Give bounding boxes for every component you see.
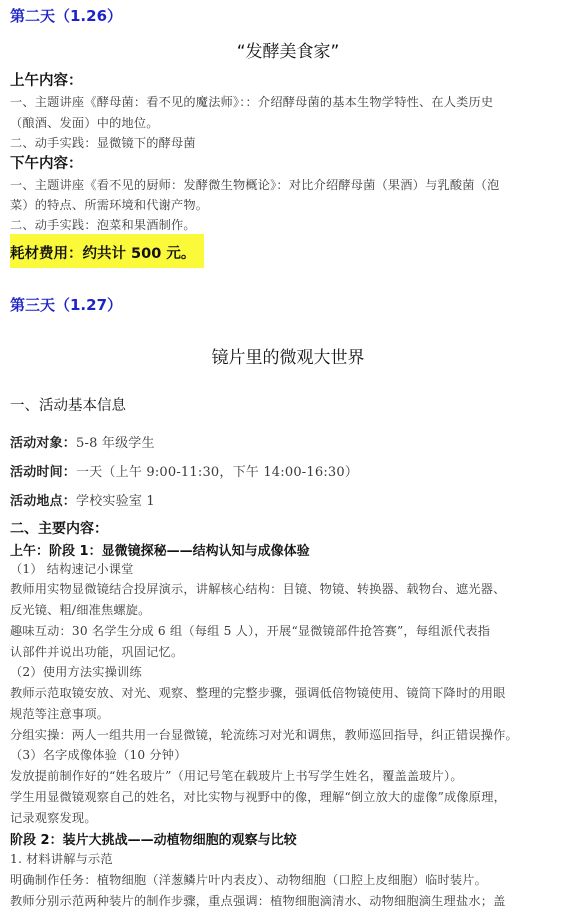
info-value: 一天（上午 9:00-11:30，下午 14:00-16:30） bbox=[76, 465, 358, 480]
info-label: 活动对象： bbox=[10, 436, 76, 451]
stage2-line: 教师分别示范两种装片的制作步骤，重点强调：植物细胞滴清水、动物细胞滴生理盐水；盖 bbox=[10, 892, 506, 909]
stage1-line: 记录观察发现。 bbox=[10, 809, 97, 826]
stage1-line: 规范等注意事项。 bbox=[10, 705, 109, 722]
info-label: 活动地点： bbox=[10, 494, 76, 509]
day3-section-basic-info: 一、活动基本信息 bbox=[10, 394, 126, 415]
day2-morning-label: 上午内容： bbox=[10, 69, 83, 90]
day3-section-main-content: 二、主要内容： bbox=[10, 518, 108, 538]
stage1-line: （3）名字成像体验（10 分钟） bbox=[10, 746, 187, 763]
day2-morning-item: （酿酒、发面）中的地位。 bbox=[10, 114, 159, 131]
stage1-line: 分组实操：两人一组共用一台显微镜，轮流练习对光和调焦，教师巡回指导，纠正错误操作… bbox=[10, 726, 518, 743]
info-row-location: 活动地点：学校实验室 1 bbox=[10, 490, 155, 509]
day3-heading: 第三天（1.27） bbox=[10, 294, 122, 315]
info-row-time: 活动时间：一天（上午 9:00-11:30，下午 14:00-16:30） bbox=[10, 461, 358, 480]
info-label: 活动时间： bbox=[10, 465, 76, 480]
stage1-line: 教师示范取镜安放、对光、观察、整理的完整步骤，强调低倍物镜使用、镜筒下降时的用眼 bbox=[10, 684, 506, 701]
stage2-heading: 阶段 2：装片大挑战——动植物细胞的观察与比较 bbox=[10, 829, 297, 848]
day3-title: 镜片里的微观大世界 bbox=[0, 343, 576, 368]
day2-cost: 耗材费用：约共计 500 元。 bbox=[10, 242, 195, 263]
day2-heading: 第二天（1.26） bbox=[10, 5, 122, 26]
stage1-line: 发放提前制作好的“姓名玻片”（用记号笔在载玻片上书写学生姓名，覆盖盖玻片）。 bbox=[10, 767, 463, 784]
stage1-line: （2）使用方法实操训练 bbox=[10, 663, 142, 680]
stage2-line: 明确制作任务：植物细胞（洋葱鳞片叶内表皮）、动物细胞（口腔上皮细胞）临时装片。 bbox=[10, 871, 487, 888]
day2-morning-item: 二、动手实践：显微镜下的酵母菌 bbox=[10, 134, 196, 151]
info-row-audience: 活动对象：5-8 年级学生 bbox=[10, 432, 155, 451]
day2-morning-item: 一、主题讲座《酵母菌：看不见的魔法师》：：介绍酵母菌的基本生物学特性、在人类历史 bbox=[10, 93, 493, 110]
day2-afternoon-item: 二、动手实践：泡菜和果酒制作。 bbox=[10, 216, 196, 233]
stage1-line: （1） 结构速记小课堂 bbox=[10, 560, 134, 577]
info-value: 学校实验室 1 bbox=[76, 494, 155, 509]
stage1-line: 趣味互动：30 名学生分成 6 组（每组 5 人），开展“显微镜部件抢答赛”，每… bbox=[10, 622, 490, 639]
day2-title: “发酵美食家” bbox=[0, 37, 576, 62]
stage1-line: 认部件并说出功能，巩固记忆。 bbox=[10, 643, 183, 660]
day2-afternoon-item: 一、主题讲座《看不见的厨师：发酵微生物概论》：对比介绍酵母菌（果酒）与乳酸菌（泡 bbox=[10, 176, 499, 193]
stage1-line: 教师用实物显微镜结合投屏演示，讲解核心结构：目镜、物镜、转换器、载物台、遮光器、 bbox=[10, 580, 506, 597]
stage1-line: 反光镜、粗/细准焦螺旋。 bbox=[10, 601, 151, 618]
info-value: 5-8 年级学生 bbox=[76, 436, 155, 451]
stage2-line: 1. 材料讲解与示范 bbox=[10, 850, 113, 867]
stage1-line: 学生用显微镜观察自己的姓名，对比实物与视野中的像，理解“倒立放大的虚像”成像原理… bbox=[10, 788, 506, 805]
day2-afternoon-item: 菜）的特点、所需环境和代谢产物。 bbox=[10, 196, 208, 213]
stage1-heading: 上午：阶段 1：显微镜探秘——结构认知与成像体验 bbox=[10, 540, 310, 559]
day2-afternoon-label: 下午内容： bbox=[10, 152, 83, 173]
